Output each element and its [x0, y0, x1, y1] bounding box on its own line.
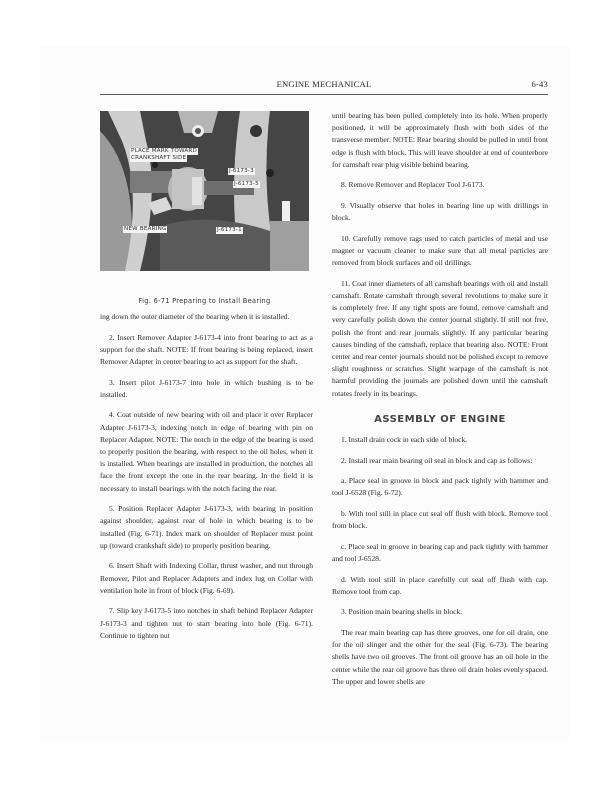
paragraph: 1. Install drain cock in each side of bl… [332, 434, 548, 446]
figure-photo: PLACE MARK TOWARD CRANKSHAFT SIDE J-6173… [100, 111, 309, 271]
paragraph: 6. Insert Shaft with Indexing Collar, th… [100, 560, 313, 597]
header-rule [100, 94, 548, 95]
left-column: ing down the outer diameter of the beari… [100, 311, 313, 650]
paragraph: c. Place seal in groove in bearing cap a… [332, 541, 548, 565]
running-header: ENGINE MECHANICAL 6-43 [100, 79, 548, 93]
paragraph: 10. Carefully remove rags used to catch … [332, 233, 548, 270]
page-number: 6-43 [531, 79, 548, 89]
label-j-6173-5: J-6173-5 [233, 181, 260, 188]
paragraph: until bearing has been pulled completely… [332, 110, 548, 171]
right-column: until bearing has been pulled completely… [332, 110, 548, 696]
label-place-mark: PLACE MARK TOWARD [130, 148, 198, 155]
figure-caption: Fig. 6-71 Preparing to Install Bearing [100, 297, 309, 305]
paragraph: 4. Coat outside of new bearing with oil … [100, 409, 313, 494]
paragraph: d. With tool still in place carefully cu… [332, 574, 548, 598]
section-heading: ASSEMBLY OF ENGINE [332, 414, 548, 426]
paragraph: a. Place seal in groove in block and pac… [332, 475, 548, 499]
paragraph: 9. Visually observe that holes in bearin… [332, 200, 548, 224]
paragraph: 5. Position Replacer Adapter J-6173-3, w… [100, 503, 313, 552]
label-j-6173-1: J-6173-1 [216, 227, 243, 234]
engine-block-photo-icon [100, 111, 309, 271]
paragraph: The rear main bearing cap has three groo… [332, 627, 548, 688]
header-title: ENGINE MECHANICAL [100, 79, 548, 89]
paragraph: 7. Slip key J-6173-5 into notches in sha… [100, 605, 313, 642]
label-new-bearing: NEW BEARING [123, 226, 167, 233]
paragraph: b. With tool still in place cut seal off… [332, 508, 548, 532]
paragraph: 8. Remove Remover and Replacer Tool J-61… [332, 179, 548, 191]
paragraph: 3. Insert pilot J-6173-7 into hole in wh… [100, 377, 313, 401]
paragraph: 2. Install rear main bearing oil seal in… [332, 455, 548, 467]
paragraph: 11. Coat inner diameters of all camshaft… [332, 278, 548, 400]
paragraph: 2. Insert Remover Adapter J-6173-4 into … [100, 332, 313, 369]
label-crankshaft-side: CRANKSHAFT SIDE [130, 155, 187, 162]
paragraph: 3. Position main bearing shells in block… [332, 606, 548, 618]
label-j-6173-3: J-6173-3 [228, 168, 255, 175]
paragraph: ing down the outer diameter of the beari… [100, 311, 313, 323]
